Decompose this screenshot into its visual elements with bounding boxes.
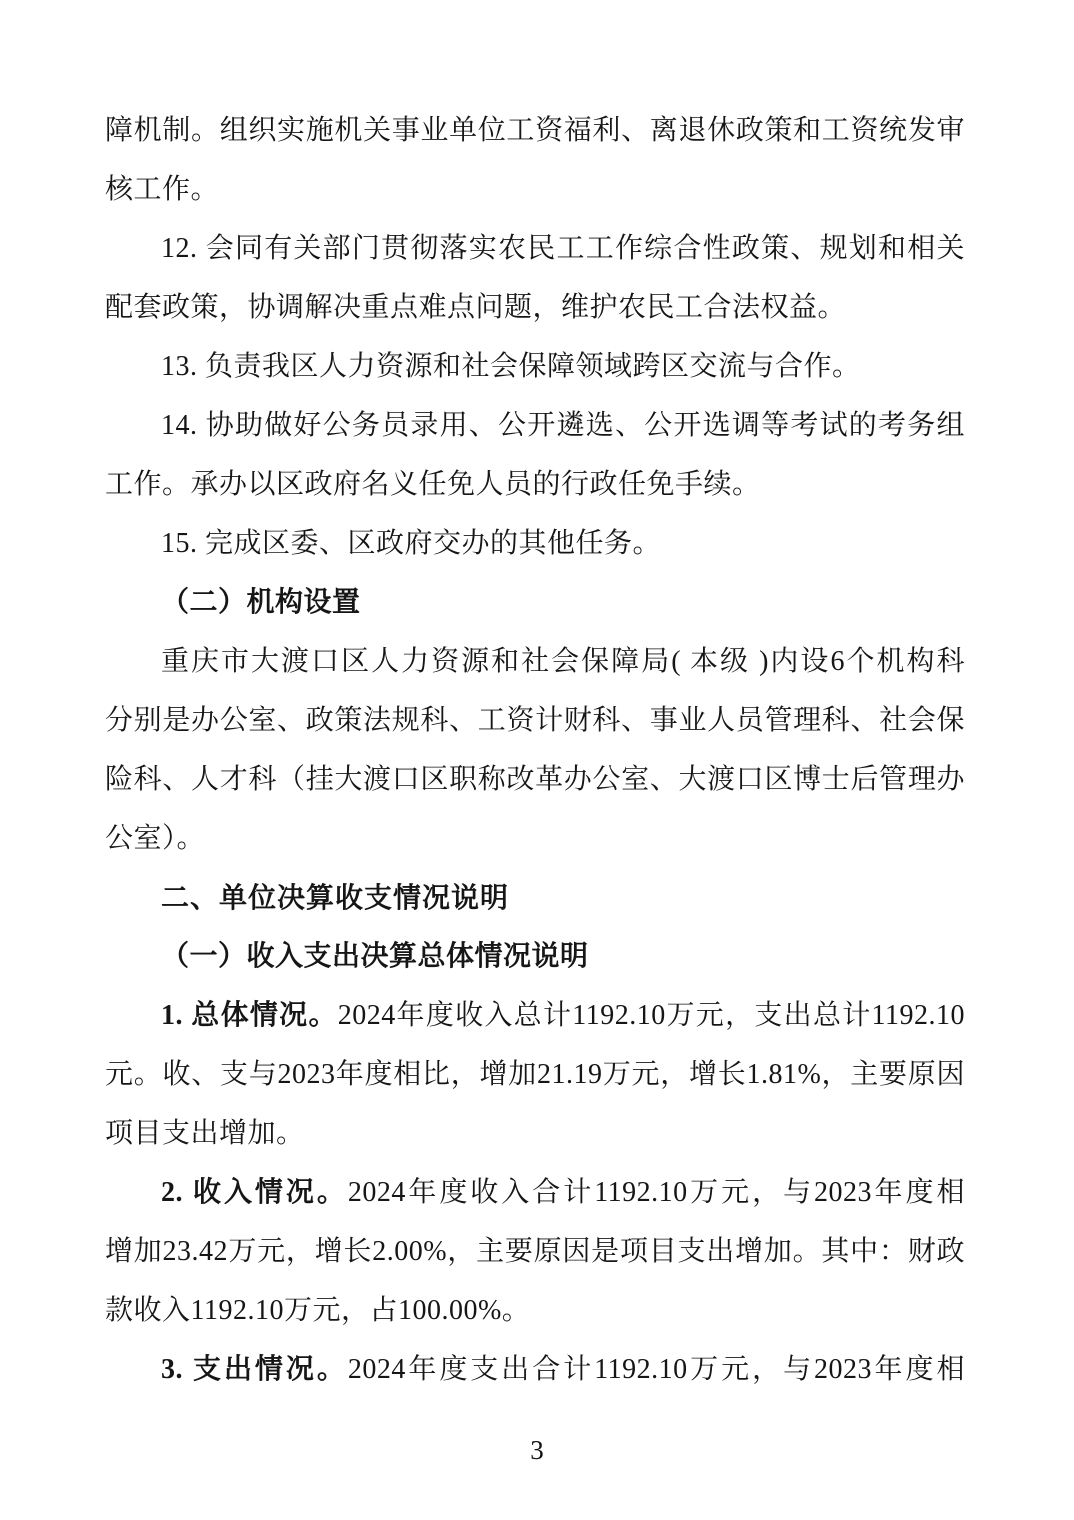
doc-line: 款收入1192.10万元，占100.00%。	[105, 1281, 965, 1340]
doc-line: 险科、人才科（挂大渡口区职称改革办公室、大渡口区博士后管理办	[105, 750, 965, 809]
doc-line: 2. 收入情况。2024年度收入合计1192.10万元，与2023年度相比，	[105, 1163, 965, 1222]
doc-line: 3. 支出情况。2024年度支出合计1192.10万元，与2023年度相比，	[105, 1340, 965, 1399]
doc-line: 12. 会同有关部门贯彻落实农民工工作综合性政策、规划和相关	[105, 219, 965, 278]
doc-line: 1. 总体情况。2024年度收入总计1192.10万元，支出总计1192.10万	[105, 986, 965, 1045]
doc-line: 13. 负责我区人力资源和社会保障领域跨区交流与合作。	[105, 337, 965, 396]
doc-line: 公室）。	[105, 809, 965, 868]
section-heading: （一）收入支出决算总体情况说明	[105, 927, 965, 986]
doc-line: 增加23.42万元，增长2.00%，主要原因是项目支出增加。其中：财政拨	[105, 1222, 965, 1281]
doc-line: 分别是办公室、政策法规科、工资计财科、事业人员管理科、社会保	[105, 691, 965, 750]
doc-line: 项目支出增加。	[105, 1104, 965, 1163]
doc-line-lead: 1. 总体情况。	[161, 1000, 338, 1031]
doc-line-lead: 3. 支出情况。	[161, 1354, 348, 1385]
doc-line: 配套政策，协调解决重点难点问题，维护农民工合法权益。	[105, 278, 965, 337]
doc-line: 重庆市大渡口区人力资源和社会保障局( 本级 )内设6个机构科室，	[105, 632, 965, 691]
document-body: 障机制。组织实施机关事业单位工资福利、离退休政策和工资统发审 核工作。 12. …	[105, 101, 965, 1399]
document-page: { "page": { "number": "3", "background_c…	[0, 0, 1074, 1520]
doc-line: 15. 完成区委、区政府交办的其他任务。	[105, 514, 965, 573]
doc-line: 核工作。	[105, 160, 965, 219]
section-heading: （二）机构设置	[105, 573, 965, 632]
doc-line: 元。收、支与2023年度相比，增加21.19万元，增长1.81%，主要原因是	[105, 1045, 965, 1104]
doc-line-lead: 2. 收入情况。	[161, 1177, 348, 1208]
chapter-heading: 二、单位决算收支情况说明	[105, 868, 965, 927]
doc-line: 障机制。组织实施机关事业单位工资福利、离退休政策和工资统发审	[105, 101, 965, 160]
doc-line: 14. 协助做好公务员录用、公开遴选、公开选调等考试的考务组织	[105, 396, 965, 455]
page-number: 3	[0, 1434, 1074, 1466]
doc-line: 工作。承办以区政府名义任免人员的行政任免手续。	[105, 455, 965, 514]
